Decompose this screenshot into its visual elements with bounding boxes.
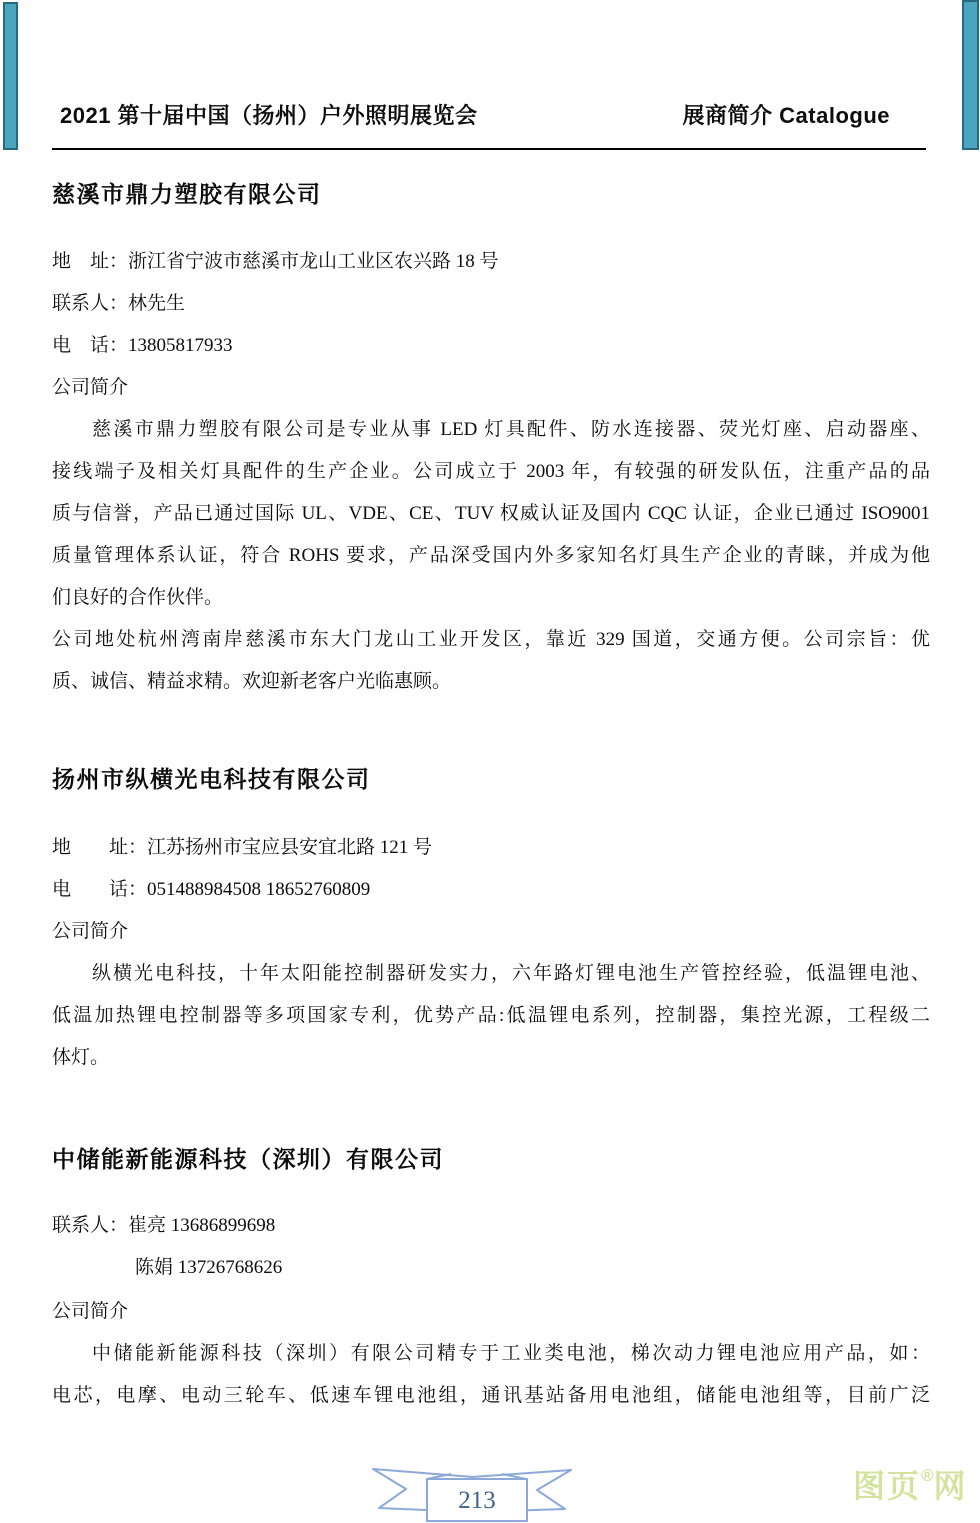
phone-line: 电 话：13805817933: [52, 325, 930, 367]
company-intro-label: 公司简介: [52, 1291, 930, 1333]
paragraph-line: 质与信誉，产品已通过国际 UL、VDE、CE、TUV 权威认证及国内 CQC 认…: [52, 493, 930, 535]
address-line: 地 址：江苏扬州市宝应县安宜北路 121 号: [52, 827, 930, 869]
company-intro-label: 公司简介: [52, 367, 930, 409]
paragraph-line: 质、诚信、精益求精。欢迎新老客户光临惠顾。: [52, 661, 930, 703]
field-value: 江苏扬州市宝应县安宜北路 121 号: [147, 837, 432, 858]
field-label: 联系人：: [52, 1215, 128, 1236]
company-contact-fields: 地 址：浙江省宁波市慈溪市龙山工业区农兴路 18 号 联系人：林先生 电 话：1…: [52, 241, 930, 367]
page-number: 213: [458, 1487, 496, 1514]
field-value: 051488984508 18652760809: [147, 879, 370, 900]
field-label: 地 址：: [52, 251, 128, 272]
company-intro-paragraph: 中储能新能源科技（深圳）有限公司精专于工业类电池，梯次动力锂电池应用产品，如： …: [52, 1333, 930, 1417]
watermark-logo: 图页®网: [853, 1461, 968, 1507]
page-number-ribbon: 213: [370, 1462, 575, 1523]
page-header-title: 2021 第十届中国（扬州）户外照明展览会: [60, 99, 478, 130]
contact-person-line: 联系人：林先生: [52, 283, 930, 325]
company-name: 扬州市纵横光电科技有限公司: [52, 761, 371, 794]
field-label: 电 话：: [52, 335, 128, 356]
paragraph-line: 中储能新能源科技（深圳）有限公司精专于工业类电池，梯次动力锂电池应用产品，如：: [52, 1333, 930, 1375]
field-value: 崔亮 13686899698: [128, 1215, 275, 1236]
company-name: 中储能新能源科技（深圳）有限公司: [52, 1141, 444, 1174]
corner-accent-bar-left: [3, 2, 18, 150]
field-value: 陈娟 13726768626: [135, 1257, 282, 1278]
company-intro-paragraph: 慈溪市鼎力塑胶有限公司是专业从事 LED 灯具配件、防水连接器、荧光灯座、启动器…: [52, 409, 930, 619]
company-contact-fields: 联系人：崔亮 13686899698 陈娟 13726768626: [52, 1205, 930, 1289]
field-label: 电 话：: [52, 879, 147, 900]
paragraph-line: 低温加热锂电控制器等多项国家专利，优势产品:低温锂电系列，控制器，集控光源，工程…: [52, 995, 930, 1037]
company-location-paragraph: 公司地处杭州湾南岸慈溪市东大门龙山工业开发区，靠近 329 国道，交通方便。公司…: [52, 619, 930, 703]
paragraph-line: 们良好的合作伙伴。: [52, 577, 930, 619]
watermark-text-left: 图页: [853, 1468, 921, 1504]
catalogue-page: 2021 第十届中国（扬州）户外照明展览会 展商简介 Catalogue 慈溪市…: [0, 0, 980, 1523]
company-name: 慈溪市鼎力塑胶有限公司: [52, 176, 322, 209]
company-intro-paragraph: 纵横光电科技，十年太阳能控制器研发实力，六年路灯锂电池生产管控经验，低温锂电池、…: [52, 953, 930, 1079]
field-value: 林先生: [128, 293, 185, 314]
paragraph-line: 公司地处杭州湾南岸慈溪市东大门龙山工业开发区，靠近 329 国道，交通方便。公司…: [52, 619, 930, 661]
page-header-catalogue-label: 展商简介 Catalogue: [683, 99, 890, 130]
company-intro-label: 公司简介: [52, 911, 930, 953]
field-value: 浙江省宁波市慈溪市龙山工业区农兴路 18 号: [128, 251, 499, 272]
paragraph-line: 电芯，电摩、电动三轮车、低速车锂电池组，通讯基站备用电池组，储能电池组等，目前广…: [52, 1375, 930, 1417]
paragraph-line: 体灯。: [52, 1037, 930, 1079]
registered-trademark-icon: ®: [921, 1466, 934, 1486]
contact-person-line: 联系人：崔亮 13686899698: [52, 1205, 930, 1247]
field-label: 联系人：: [52, 293, 128, 314]
paragraph-line: 接线端子及相关灯具配件的生产企业。公司成立于 2003 年，有较强的研发队伍，注…: [52, 451, 930, 493]
header-rule: [52, 148, 926, 150]
contact-person-line: 陈娟 13726768626: [52, 1247, 930, 1289]
corner-accent-bar-right: [962, 0, 979, 150]
address-line: 地 址：浙江省宁波市慈溪市龙山工业区农兴路 18 号: [52, 241, 930, 283]
company-contact-fields: 地 址：江苏扬州市宝应县安宜北路 121 号 电 话：051488984508 …: [52, 827, 930, 911]
paragraph-line: 质量管理体系认证，符合 ROHS 要求，产品深受国内外多家知名灯具生产企业的青睐…: [52, 535, 930, 577]
field-value: 13805817933: [128, 335, 233, 356]
paragraph-line: 慈溪市鼎力塑胶有限公司是专业从事 LED 灯具配件、防水连接器、荧光灯座、启动器…: [52, 409, 930, 451]
field-label: 地 址：: [52, 837, 147, 858]
paragraph-line: 纵横光电科技，十年太阳能控制器研发实力，六年路灯锂电池生产管控经验，低温锂电池、: [52, 953, 930, 995]
watermark-text-right: 网: [934, 1468, 968, 1504]
phone-line: 电 话：051488984508 18652760809: [52, 869, 930, 911]
